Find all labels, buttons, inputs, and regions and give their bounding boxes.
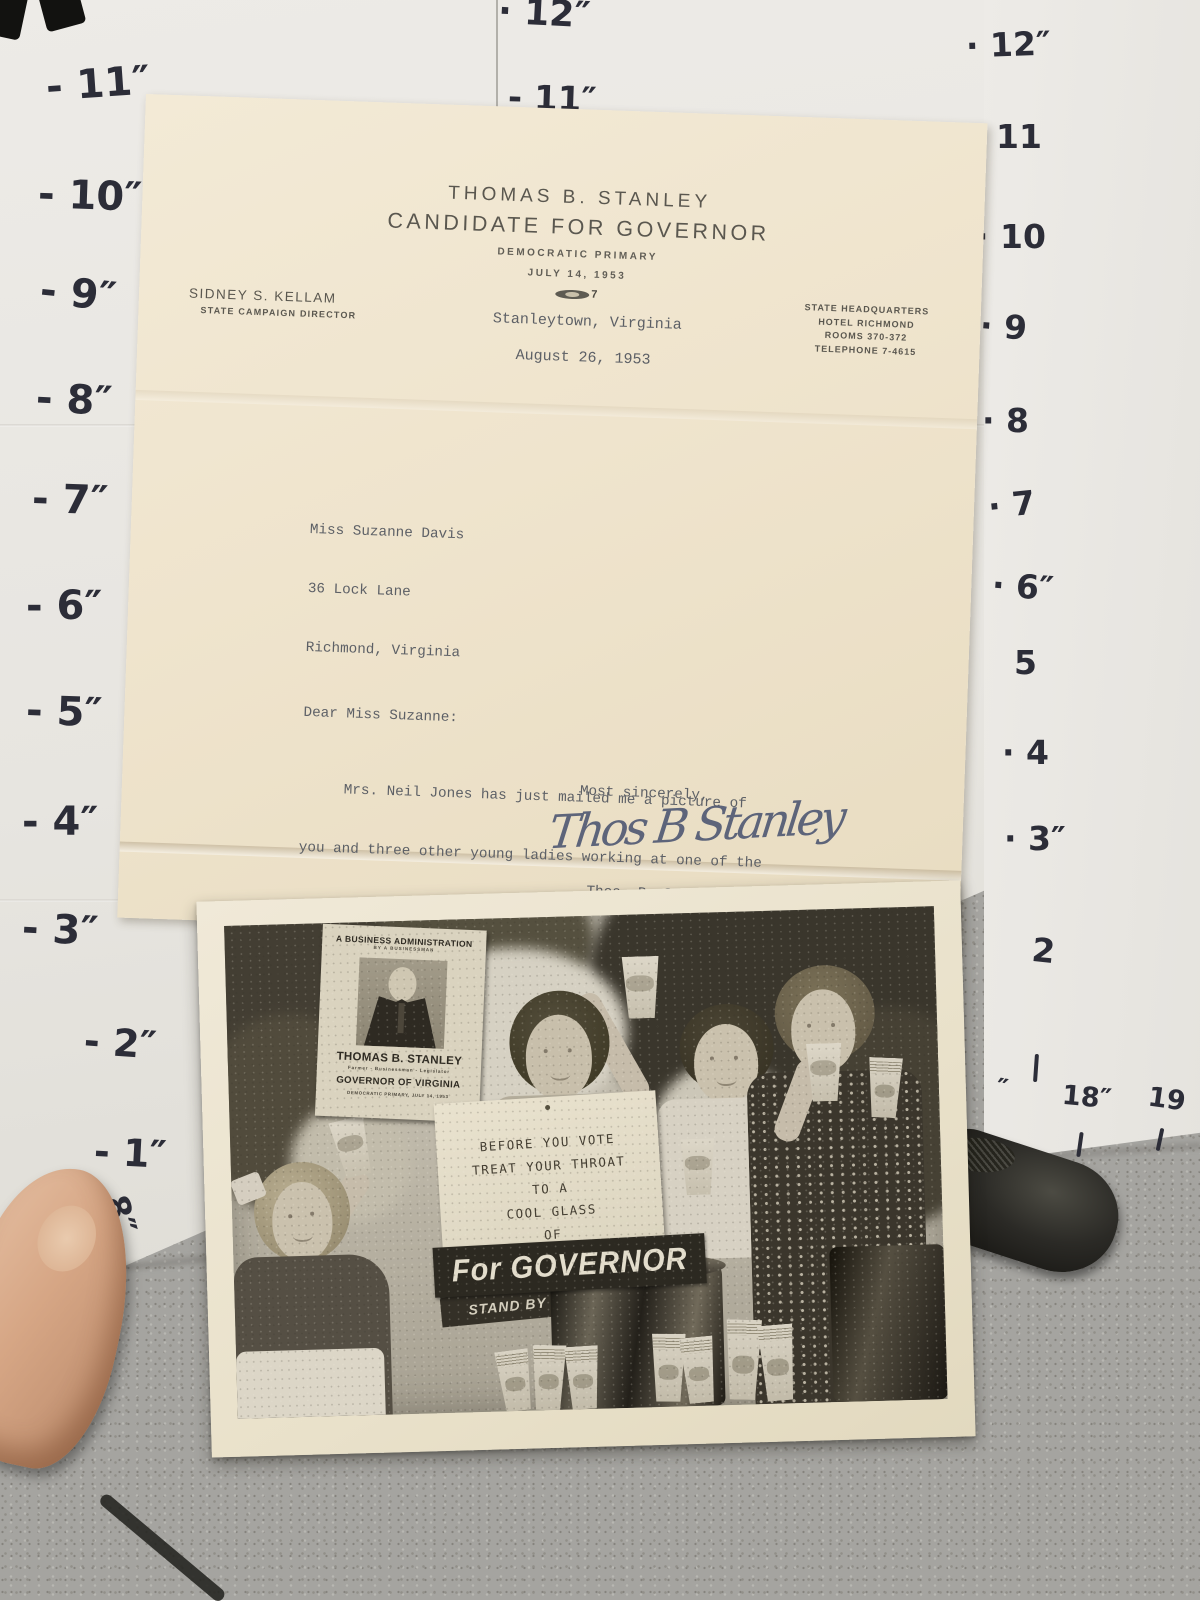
- recipient-line: Richmond, Virginia: [305, 639, 769, 675]
- ruler-mark-6in-right: · 6″: [991, 568, 1055, 605]
- ruler-mark-8in-right: · 8: [982, 404, 1029, 437]
- smile: [550, 1068, 570, 1081]
- thumbnail: [27, 1196, 107, 1282]
- ruler-mark-3in-right: · 3″: [1004, 822, 1066, 855]
- tabletop-scene: - 11″ - 10″ - 9″ - 8″ - 7″ - 6″ - 5″ - 4…: [0, 0, 1200, 1600]
- cup-logo: [810, 1060, 837, 1076]
- ruler-mark-11in-left: - 11″: [45, 60, 152, 107]
- ruler-mark-12in-right: · 12″: [965, 27, 1051, 63]
- girl1-skirt: [236, 1348, 386, 1419]
- ruler-mark-12in-center: · 12″: [497, 0, 591, 34]
- letter-fold-crease: [135, 390, 977, 429]
- ruler-mark-18in: 18″: [1061, 1082, 1113, 1113]
- ruler-mark-2in-left: - 2″: [83, 1022, 158, 1065]
- ruler-mark-5in-left: - 5″: [25, 691, 103, 734]
- ruler-mark-10in-left: - 10″: [37, 174, 142, 218]
- cup-logo: [626, 975, 654, 992]
- eye: [288, 1214, 292, 1218]
- cup-stack: [491, 1348, 539, 1414]
- smile: [293, 1230, 313, 1243]
- recipient-line: 36 Lock Lane: [307, 580, 771, 616]
- dark-sliver-shadow: [98, 1492, 227, 1600]
- ruler-mark-9in-left: - 9″: [38, 270, 118, 318]
- campaign-photo: A BUSINESS ADMINISTRATION BY A BUSINESSM…: [196, 880, 975, 1457]
- photo-image: A BUSINESS ADMINISTRATION BY A BUSINESSM…: [224, 906, 947, 1419]
- ruler-mark-7in-right: · 7: [986, 486, 1036, 524]
- banner-text: For GOVERNOR: [451, 1241, 689, 1289]
- ruler-mark-10in-right: · 10: [976, 220, 1046, 253]
- campaign-letter: THOMAS B. STANLEY CANDIDATE FOR GOVERNOR…: [117, 94, 987, 947]
- eye: [831, 1023, 835, 1027]
- ruler-mark-2in-right: 2: [1030, 933, 1056, 968]
- salutation: Dear Miss Suzanne:: [303, 703, 767, 739]
- ruler-mark-9in-right: · 9: [979, 308, 1028, 344]
- ruler-mark-1in-left: - 1″: [93, 1132, 167, 1174]
- sign-nail: [545, 1105, 550, 1110]
- eye: [544, 1049, 548, 1053]
- ruler-mark-19in: 19: [1146, 1084, 1187, 1116]
- union-bug-number: 7: [591, 289, 598, 301]
- smile: [716, 1074, 736, 1087]
- eye: [568, 1048, 572, 1052]
- eye: [310, 1212, 314, 1216]
- ruler-mark-7in-left: - 7″: [31, 479, 109, 522]
- eye: [734, 1056, 738, 1060]
- portrait-head: [388, 967, 417, 1002]
- cup-logo: [336, 1133, 365, 1154]
- recipient-line: Miss Suzanne Davis: [310, 521, 774, 557]
- cup-logo: [684, 1155, 710, 1170]
- ruler-mark-8in-left: - 8″: [35, 378, 113, 422]
- ruler-mark-5in-right: 5: [1014, 646, 1037, 679]
- ruler-mark-3in-left: - 3″: [21, 908, 99, 952]
- metal-urn: [829, 1244, 947, 1402]
- ruler-mark-4in-right: · 4: [1002, 736, 1049, 769]
- union-bug-icon: [555, 289, 589, 299]
- eye: [710, 1056, 714, 1060]
- portrait-tie: [397, 1003, 404, 1033]
- ruler-mark-6in-left: - 6″: [26, 586, 102, 626]
- campaign-poster: A BUSINESS ADMINISTRATION BY A BUSINESSM…: [315, 924, 487, 1123]
- ruler-mark-4in-left: - 4″: [22, 802, 98, 842]
- candidate-portrait: [356, 957, 448, 1049]
- eye: [807, 1024, 811, 1028]
